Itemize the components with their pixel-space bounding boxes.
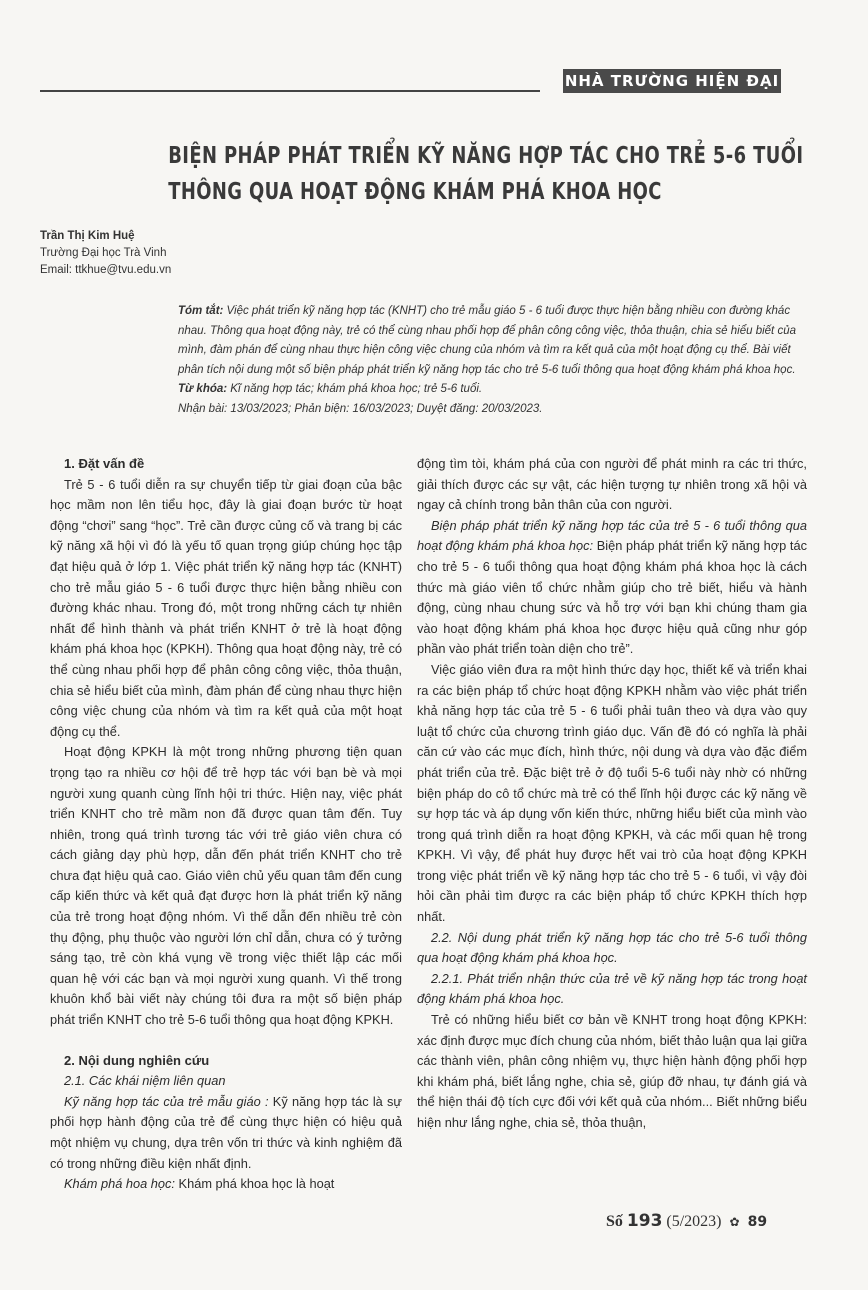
term-label: Kỹ năng hợp tác của trẻ mẫu giáo : (64, 1094, 269, 1109)
author-block: Trần Thị Kim Huệ Trường Đại học Trà Vinh… (40, 228, 171, 279)
subsection-heading-2-2-1: 2.2.1. Phát triển nhận thức của trẻ về k… (417, 969, 807, 1010)
author-name: Trần Thị Kim Huệ (40, 228, 171, 245)
author-affiliation: Trường Đại học Trà Vinh (40, 245, 171, 262)
abstract-label: Tóm tắt: (178, 305, 223, 317)
title-line-1: BIỆN PHÁP PHÁT TRIỂN KỸ NĂNG HỢP TÁC CHO… (168, 138, 652, 174)
abstract-dates: Nhận bài: 13/03/2023; Phản biện: 16/03/2… (178, 400, 818, 420)
author-email: Email: ttkhue@tvu.edu.vn (40, 262, 171, 279)
section-tag: NHÀ TRƯỜNG HIỆN ĐẠI (563, 69, 781, 93)
subsection-heading-2-2: 2.2. Nội dung phát triển kỹ năng hợp tác… (417, 928, 807, 969)
paragraph: Trẻ có những hiểu biết cơ bản về KNHT tr… (417, 1010, 807, 1134)
issue-date: (5/2023) (666, 1213, 721, 1230)
term-label: Khám phá hoa học: (64, 1176, 175, 1191)
header-rule (40, 90, 540, 92)
flower-bullet-icon: ✿ (730, 1215, 740, 1229)
abstract-summary: Tóm tắt: Việc phát triển kỹ năng hợp tác… (178, 302, 818, 380)
keywords-label: Từ khóa: (178, 383, 227, 395)
keywords-text: Kĩ năng hợp tác; khám phá khoa học; trẻ … (227, 383, 482, 395)
body-column-left: 1. Đặt vấn đề Trẻ 5 - 6 tuổi diễn ra sự … (50, 454, 402, 1195)
paragraph: Hoạt động KPKH là một trong những phương… (50, 742, 402, 1030)
body-column-right: động tìm tòi, khám phá của con người để … (417, 454, 807, 1134)
abstract-keywords: Từ khóa: Kĩ năng hợp tác; khám phá khoa … (178, 380, 818, 400)
issue-number: 193 (627, 1211, 663, 1231)
paragraph: Kỹ năng hợp tác của trẻ mẫu giáo : Kỹ nă… (50, 1092, 402, 1174)
paragraph: Khám phá hoa học: Khám phá khoa học là h… (50, 1174, 402, 1195)
paragraph: Việc giáo viên đưa ra một hình thức dạy … (417, 660, 807, 928)
subsection-heading-2-1: 2.1. Các khái niệm liên quan (50, 1071, 402, 1092)
page-footer: Số 193 (5/2023) ✿ 89 (606, 1211, 767, 1231)
article-title: BIỆN PHÁP PHÁT TRIỂN KỸ NĂNG HỢP TÁC CHO… (168, 138, 652, 210)
paragraph: Trẻ 5 - 6 tuổi diễn ra sự chuyển tiếp từ… (50, 475, 402, 743)
page-number: 89 (748, 1214, 767, 1230)
paragraph: động tìm tòi, khám phá của con người để … (417, 454, 807, 516)
abstract: Tóm tắt: Việc phát triển kỹ năng hợp tác… (178, 302, 818, 419)
issue-label: Số (606, 1213, 623, 1230)
section-heading-1: 1. Đặt vấn đề (50, 454, 402, 475)
title-line-2: THÔNG QUA HOẠT ĐỘNG KHÁM PHÁ KHOA HỌC (168, 174, 652, 210)
paragraph: Biện pháp phát triển kỹ năng hợp tác của… (417, 516, 807, 660)
section-heading-2: 2. Nội dung nghiên cứu (50, 1051, 402, 1072)
abstract-text: Việc phát triển kỹ năng hợp tác (KNHT) c… (178, 305, 796, 376)
